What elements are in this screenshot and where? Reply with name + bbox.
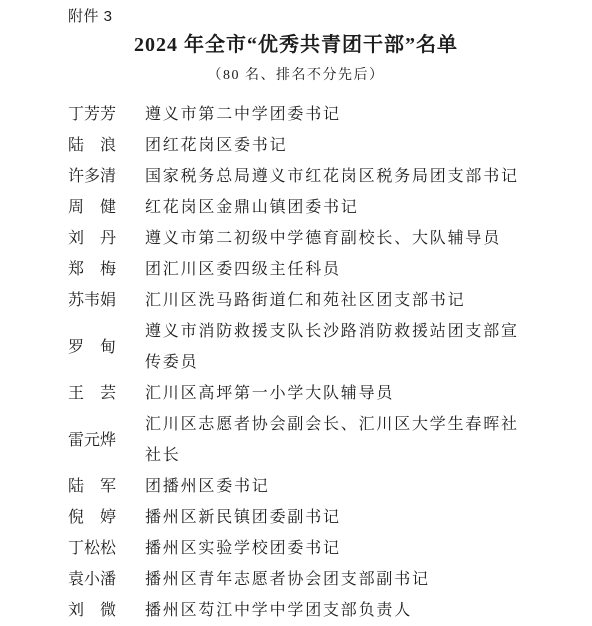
list-item: 陆 浪 团红花岗区委书记 bbox=[0, 130, 592, 161]
recipient-name: 许多清 bbox=[68, 161, 116, 192]
list-item: 刘 丹 遵义市第二初级中学德育副校长、大队辅导员 bbox=[0, 223, 592, 254]
recipient-name: 郑 梅 bbox=[68, 254, 116, 285]
recipient-position: 汇川区志愿者协会副会长、汇川区大学生春晖社社长 bbox=[145, 409, 523, 471]
list-item: 倪 婷 播州区新民镇团委副书记 bbox=[0, 502, 592, 533]
list-item: 许多清 国家税务总局遵义市红花岗区税务局团支部书记 bbox=[0, 161, 592, 192]
recipient-name: 丁松松 bbox=[68, 533, 116, 564]
list-item: 陆 军 团播州区委书记 bbox=[0, 471, 592, 502]
recipient-name: 袁小潘 bbox=[68, 564, 116, 595]
recipient-position: 团播州区委书记 bbox=[145, 471, 523, 502]
list-item: 丁芳芳 遵义市第二中学团委书记 bbox=[0, 99, 592, 130]
recipient-name: 周 健 bbox=[68, 192, 116, 223]
list-item: 王 芸 汇川区高坪第一小学大队辅导员 bbox=[0, 378, 592, 409]
recipient-position: 播州区实验学校团委书记 bbox=[145, 533, 523, 564]
recipient-name: 雷元烨 bbox=[68, 425, 116, 456]
list-item: 雷元烨 汇川区志愿者协会副会长、汇川区大学生春晖社社长 bbox=[0, 409, 592, 471]
recipient-name: 王 芸 bbox=[68, 378, 116, 409]
recipient-name: 陆 浪 bbox=[68, 130, 116, 161]
recipient-name: 刘 微 bbox=[68, 595, 116, 626]
list-item: 苏韦娟 汇川区洗马路街道仁和苑社区团支部书记 bbox=[0, 285, 592, 316]
page-title: 2024 年全市“优秀共青团干部”名单 bbox=[0, 33, 592, 57]
page-subtitle: （80 名、排名不分先后） bbox=[0, 67, 592, 85]
recipient-name: 丁芳芳 bbox=[68, 99, 116, 130]
list-item: 郑 梅 团汇川区委四级主任科员 bbox=[0, 254, 592, 285]
attachment-label: 附件 3 bbox=[68, 8, 592, 26]
recipient-position: 团汇川区委四级主任科员 bbox=[145, 254, 523, 285]
recipient-position: 国家税务总局遵义市红花岗区税务局团支部书记 bbox=[145, 161, 523, 192]
recipient-position: 播州区新民镇团委副书记 bbox=[145, 502, 523, 533]
list-item: 周 健 红花岗区金鼎山镇团委书记 bbox=[0, 192, 592, 223]
list-item: 罗 甸 遵义市消防救援支队长沙路消防救援站团支部宣传委员 bbox=[0, 316, 592, 378]
list-item: 刘 微 播州区芶江中学中学团支部负责人 bbox=[0, 595, 592, 626]
recipient-position: 遵义市第二初级中学德育副校长、大队辅导员 bbox=[145, 223, 523, 254]
list-item: 袁小潘 播州区青年志愿者协会团支部副书记 bbox=[0, 564, 592, 595]
recipient-position: 团红花岗区委书记 bbox=[145, 130, 523, 161]
recipient-position: 遵义市消防救援支队长沙路消防救援站团支部宣传委员 bbox=[145, 316, 523, 378]
recipient-position: 播州区芶江中学中学团支部负责人 bbox=[145, 595, 523, 626]
recipient-name: 倪 婷 bbox=[68, 502, 116, 533]
recipient-position: 汇川区高坪第一小学大队辅导员 bbox=[145, 378, 523, 409]
recipient-position: 遵义市第二中学团委书记 bbox=[145, 99, 523, 130]
recipient-position: 播州区青年志愿者协会团支部副书记 bbox=[145, 564, 523, 595]
recipient-name: 陆 军 bbox=[68, 471, 116, 502]
recipient-name: 罗 甸 bbox=[68, 332, 116, 363]
award-list: 丁芳芳 遵义市第二中学团委书记 陆 浪 团红花岗区委书记 许多清 国家税务总局遵… bbox=[0, 99, 592, 626]
recipient-position: 红花岗区金鼎山镇团委书记 bbox=[145, 192, 523, 223]
recipient-name: 刘 丹 bbox=[68, 223, 116, 254]
recipient-position: 汇川区洗马路街道仁和苑社区团支部书记 bbox=[145, 285, 523, 316]
recipient-name: 苏韦娟 bbox=[68, 285, 116, 316]
list-item: 丁松松 播州区实验学校团委书记 bbox=[0, 533, 592, 564]
